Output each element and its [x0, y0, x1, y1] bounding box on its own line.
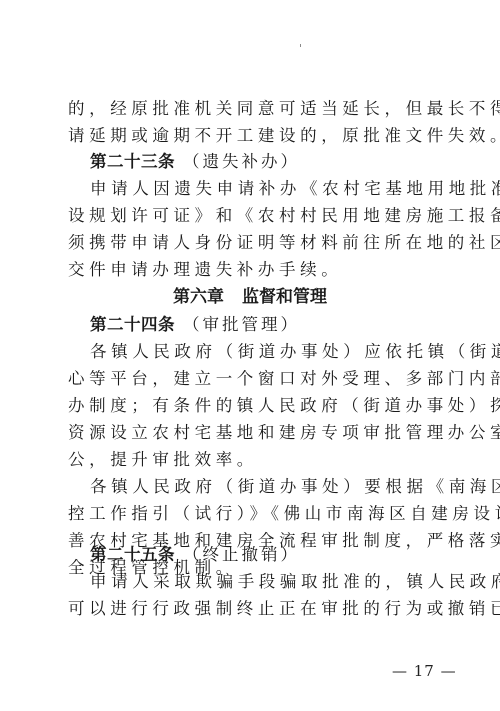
page-number: — 17 — [392, 662, 457, 680]
article-24-heading: 第二十四条（审批管理） [90, 311, 440, 338]
article-number: 第二十四条 [90, 315, 175, 334]
scan-mark [300, 44, 301, 47]
text-line: 控工作指引（试行）》《佛山市南海区自建房设计通用图集》完 [68, 500, 440, 527]
text-line: 公，提升审批效率。 [68, 446, 440, 473]
article-number: 第二十三条 [90, 152, 175, 171]
text-line: 各镇人民政府（街道办事处）应依托镇（街道）行政服务中 [90, 338, 440, 365]
article-23-heading: 第二十三条（遗失补办） [90, 148, 440, 175]
article-title: （终止撤销） [183, 545, 300, 564]
text-line: 资源设立农村宅基地和建房专项审批管理办公室，实施集中办 [68, 419, 440, 446]
text-line: 申请人采取欺骗手段骗取批准的，镇人民政府（街道办事处） [90, 568, 440, 595]
text-line: 办制度；有条件的镇人民政府（街道办事处）探索整合相关部门 [68, 392, 440, 419]
text-line: 的，经原批准机关同意可适当延长，但最长不得超过一年。未申 [68, 95, 440, 122]
text-line: 交件申请办理遗失补办手续。 [68, 256, 440, 283]
text-line: 请延期或逾期不开工建设的，原批准文件失效。 [68, 122, 440, 149]
text-line: 心等平台，建立一个窗口对外受理、多部门内部联动运行联审联 [68, 365, 440, 392]
text-line: 可以进行行政强制终止正在审批的行为或撤销已核发的《农村宅 [68, 595, 440, 622]
article-title: （遗失补办） [183, 152, 300, 171]
text-line: 各镇人民政府（街道办事处）要根据《南海区自建房风貌管 [90, 473, 440, 500]
article-number: 第二十五条 [90, 545, 175, 564]
chapter-title: 监督和管理 [242, 287, 327, 307]
chapter-heading: 第六章监督和管理 [0, 284, 500, 311]
chapter-number: 第六章 [173, 287, 224, 307]
article-25-heading: 第二十五条（终止撤销） [90, 541, 440, 568]
text-line: 设规划许可证》和《农村村民用地建房施工报备审核意见表》的， [68, 202, 440, 229]
text-line: 须携带申请人身份证明等材料前往所在地的社区党群服务中心 [68, 229, 440, 256]
article-title: （审批管理） [183, 315, 300, 334]
text-line: 申请人因遗失申请补办《农村宅基地用地批准书》《乡村建 [90, 175, 440, 202]
